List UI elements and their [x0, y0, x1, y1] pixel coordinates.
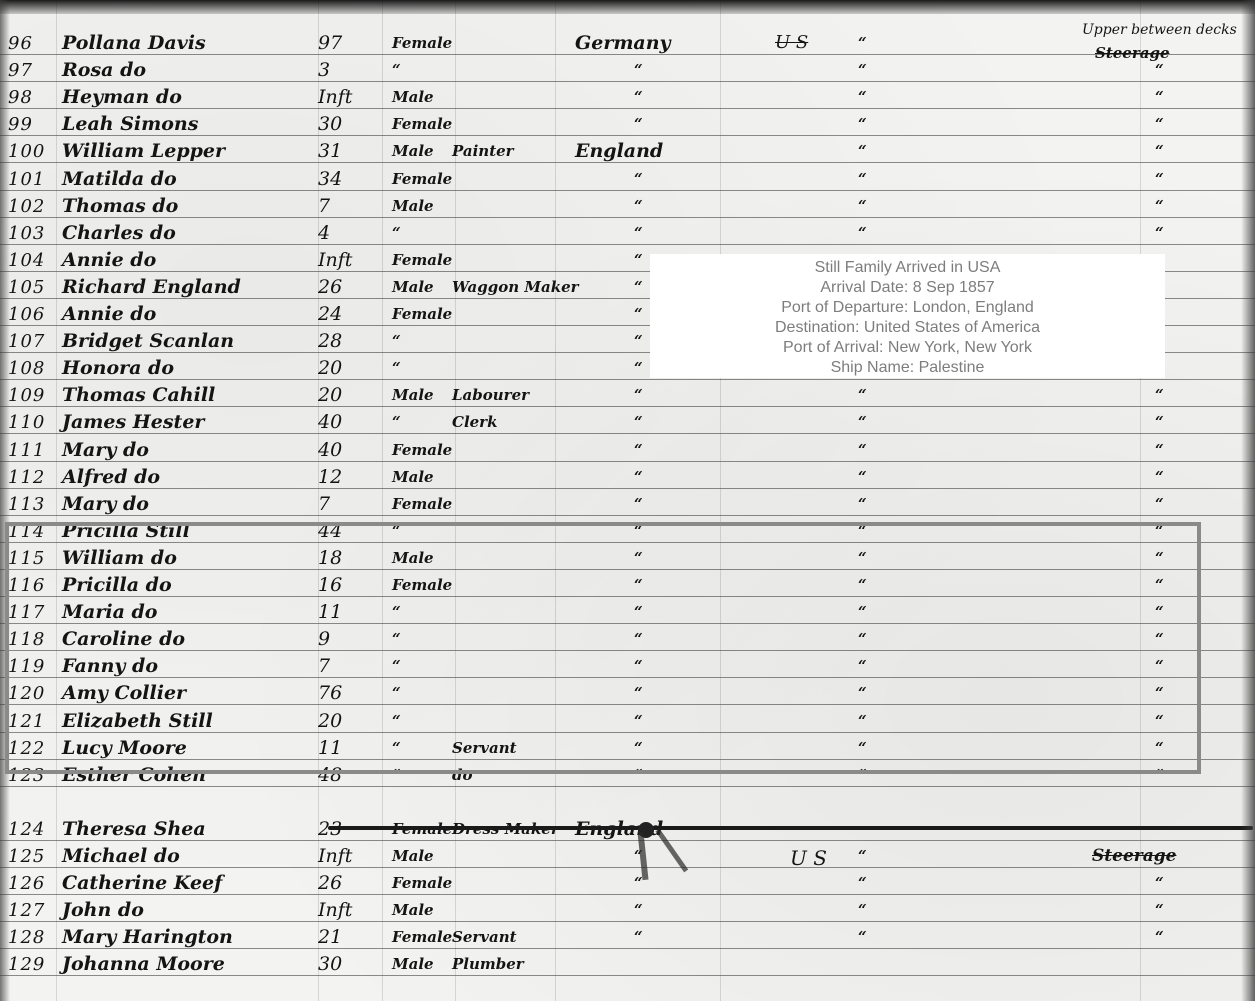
passenger-sex: Female: [392, 924, 452, 951]
row-number: 112: [8, 464, 45, 491]
passenger-age: 34: [318, 166, 342, 193]
passenger-name: Bridget Scanlan: [62, 328, 234, 355]
ditto-mark: “: [1155, 166, 1164, 193]
passenger-name: Annie do: [62, 247, 156, 274]
row-number: 97: [8, 57, 33, 84]
ditto-mark: “: [634, 464, 643, 491]
passenger-country: Germany: [575, 30, 671, 57]
ditto-mark: “: [634, 166, 643, 193]
ditto-mark: “: [634, 247, 643, 274]
passenger-age: 3: [318, 57, 330, 84]
ditto-mark: “: [634, 220, 643, 247]
ditto-mark: “: [634, 924, 643, 951]
passenger-age: 97: [318, 30, 342, 57]
ditto-mark: “: [1155, 870, 1164, 897]
passenger-name: Annie do: [62, 301, 156, 328]
caption-departure-port: Port of Departure: London, England: [650, 298, 1165, 318]
ditto-mark: “: [634, 409, 643, 436]
row-number: 124: [8, 816, 45, 843]
ditto-mark: “: [858, 166, 867, 193]
passenger-occupation: Waggon Maker: [452, 274, 579, 301]
passenger-name: Alfred do: [62, 464, 160, 491]
passenger-age: 40: [318, 409, 342, 436]
ditto-mark: “: [634, 84, 643, 111]
passenger-sex: Female: [392, 166, 452, 193]
row-number: 111: [8, 437, 45, 464]
row-number: 105: [8, 274, 45, 301]
ditto-mark: “: [634, 301, 643, 328]
passenger-occupation: Servant: [452, 924, 517, 951]
passenger-age: 24: [318, 301, 342, 328]
passenger-name: Mary Harington: [62, 924, 233, 951]
row-number: 107: [8, 328, 45, 355]
passenger-sex: “: [392, 220, 401, 247]
passenger-sex: Male: [392, 897, 434, 924]
passenger-name: Charles do: [62, 220, 176, 247]
ditto-mark: “: [634, 111, 643, 138]
ditto-mark: “: [634, 57, 643, 84]
passenger-name: Thomas Cahill: [62, 382, 215, 409]
manifest-row: 97Rosa do3““““: [0, 57, 1255, 84]
passenger-age: Inft: [318, 84, 352, 111]
passenger-sex: Male: [392, 138, 434, 165]
row-number: 110: [8, 409, 45, 436]
passenger-age: Inft: [318, 897, 352, 924]
row-number: 126: [8, 870, 45, 897]
passenger-age: 20: [318, 382, 342, 409]
ditto-mark: “: [858, 464, 867, 491]
ditto-mark: “: [1155, 220, 1164, 247]
passenger-occupation: Clerk: [452, 409, 497, 436]
page-edge-shadow: [1241, 0, 1255, 1001]
passenger-name: Catherine Keef: [62, 870, 222, 897]
ditto-mark: “: [1155, 193, 1164, 220]
passenger-sex: Female: [392, 111, 452, 138]
passenger-name: Pollana Davis: [62, 30, 206, 57]
passenger-age: 28: [318, 328, 342, 355]
row-number: 101: [8, 166, 45, 193]
passenger-name: Mary do: [62, 491, 149, 518]
manifest-row: 128Mary Harington21FemaleServant“““: [0, 924, 1255, 951]
ditto-mark: “: [858, 193, 867, 220]
passenger-sex: Female: [392, 301, 452, 328]
passenger-age: 26: [318, 870, 342, 897]
row-number: 98: [8, 84, 33, 111]
arrival-info-caption: Still Family Arrived in USA Arrival Date…: [650, 254, 1165, 378]
caption-arrival-port: Port of Arrival: New York, New York: [650, 338, 1165, 358]
page-edge-shadow: [0, 0, 1255, 14]
row-number: 108: [8, 355, 45, 382]
passenger-age: Inft: [318, 247, 352, 274]
manifest-row: 98Heyman doInftMale“““: [0, 84, 1255, 111]
manifest-row: 100William Lepper31MalePainterEngland““: [0, 138, 1255, 165]
manifest-row: 109Thomas Cahill20MaleLabourer“““: [0, 382, 1255, 409]
section-divider-stroke: [328, 826, 1253, 830]
passenger-age: Inft: [318, 843, 352, 870]
passenger-age: 7: [318, 193, 330, 220]
passenger-age: 30: [318, 951, 342, 978]
caption-title: Still Family Arrived in USA: [650, 258, 1165, 278]
manifest-row: 102Thomas do7Male“““: [0, 193, 1255, 220]
ditto-mark: “: [858, 84, 867, 111]
passenger-name: Thomas do: [62, 193, 178, 220]
caption-arrival-date: Arrival Date: 8 Sep 1857: [650, 278, 1165, 298]
ditto-mark: “: [1155, 138, 1164, 165]
passenger-sex: “: [392, 328, 401, 355]
manifest-row: 126Catherine Keef26Female“““: [0, 870, 1255, 897]
passenger-age: 20: [318, 355, 342, 382]
ditto-mark: “: [858, 870, 867, 897]
ditto-mark: “: [1155, 111, 1164, 138]
ditto-mark: “: [858, 897, 867, 924]
passenger-name: Mary do: [62, 437, 149, 464]
passenger-age: 40: [318, 437, 342, 464]
ditto-mark: “: [634, 491, 643, 518]
row-number: 99: [8, 111, 33, 138]
passenger-name: Rosa do: [62, 57, 146, 84]
passenger-name: James Hester: [62, 409, 204, 436]
passenger-name: Michael do: [62, 843, 180, 870]
ditto-mark: “: [1155, 409, 1164, 436]
passenger-occupation: Plumber: [452, 951, 524, 978]
passenger-age: 26: [318, 274, 342, 301]
still-family-highlight-frame: [5, 522, 1201, 774]
passenger-name: William Lepper: [62, 138, 225, 165]
passenger-age: 7: [318, 491, 330, 518]
ditto-mark: “: [858, 57, 867, 84]
manifest-row: 125Michael doInftMale““: [0, 843, 1255, 870]
passenger-sex: Male: [392, 193, 434, 220]
ditto-mark: “: [858, 30, 867, 57]
ditto-mark: “: [858, 843, 867, 870]
manifest-row: 96Pollana Davis97FemaleGermany“: [0, 30, 1255, 57]
ditto-mark: “: [634, 193, 643, 220]
ditto-mark: “: [858, 111, 867, 138]
passenger-sex: Female: [392, 30, 452, 57]
passenger-age: 21: [318, 924, 342, 951]
passenger-name: Theresa Shea: [62, 816, 206, 843]
ditto-mark: “: [1155, 464, 1164, 491]
passenger-name: Leah Simons: [62, 111, 198, 138]
passenger-sex: “: [392, 355, 401, 382]
passenger-name: Heyman do: [62, 84, 182, 111]
ditto-mark: “: [634, 355, 643, 382]
passenger-sex: Male: [392, 843, 434, 870]
row-number: 129: [8, 951, 45, 978]
ditto-mark: “: [858, 409, 867, 436]
row-number: 100: [8, 138, 45, 165]
ditto-mark: “: [1155, 84, 1164, 111]
passenger-name: Matilda do: [62, 166, 177, 193]
page-edge-shadow: [0, 0, 10, 1001]
ditto-mark: “: [1155, 924, 1164, 951]
passenger-age: 30: [318, 111, 342, 138]
ditto-mark: “: [634, 328, 643, 355]
row-number: 127: [8, 897, 45, 924]
passenger-occupation: Painter: [452, 138, 514, 165]
passenger-age: 31: [318, 138, 342, 165]
passenger-sex: Female: [392, 491, 452, 518]
caption-ship-name: Ship Name: Palestine: [650, 358, 1165, 378]
row-number: 96: [8, 30, 33, 57]
ditto-mark: “: [858, 437, 867, 464]
manifest-row: 101Matilda do34Female“““: [0, 166, 1255, 193]
row-number: 113: [8, 491, 45, 518]
passenger-occupation: Labourer: [452, 382, 529, 409]
manifest-row: 99Leah Simons30Female“““: [0, 111, 1255, 138]
ditto-mark: “: [634, 897, 643, 924]
row-number: 104: [8, 247, 45, 274]
ditto-mark: “: [858, 220, 867, 247]
row-number: 103: [8, 220, 45, 247]
manifest-row: 112Alfred do12Male“““: [0, 464, 1255, 491]
passenger-age: 4: [318, 220, 330, 247]
ditto-mark: “: [858, 924, 867, 951]
ditto-mark: “: [1155, 57, 1164, 84]
passenger-name: John do: [62, 897, 144, 924]
row-number: 125: [8, 843, 45, 870]
passenger-name: Johanna Moore: [62, 951, 225, 978]
passenger-age: 12: [318, 464, 342, 491]
ditto-mark: “: [634, 437, 643, 464]
passenger-sex: Female: [392, 437, 452, 464]
manifest-row: 111Mary do40Female“““: [0, 437, 1255, 464]
passenger-manifest-page: U S Upper between decks Steerage U S Ste…: [0, 0, 1255, 1001]
passenger-sex: Male: [392, 951, 434, 978]
row-number: 128: [8, 924, 45, 951]
row-number: 109: [8, 382, 45, 409]
passenger-sex: Male: [392, 382, 434, 409]
ditto-mark: “: [858, 491, 867, 518]
passenger-sex: “: [392, 57, 401, 84]
passenger-sex: Male: [392, 84, 434, 111]
passenger-sex: Female: [392, 247, 452, 274]
ditto-mark: “: [1155, 437, 1164, 464]
passenger-sex: Male: [392, 464, 434, 491]
manifest-row: 103Charles do4““““: [0, 220, 1255, 247]
passenger-country: England: [575, 138, 663, 165]
manifest-row: 110James Hester40“Clerk“““: [0, 409, 1255, 436]
passenger-sex: Female: [392, 870, 452, 897]
ditto-mark: “: [1155, 382, 1164, 409]
ditto-mark: “: [634, 274, 643, 301]
ditto-mark: “: [634, 382, 643, 409]
row-number: 102: [8, 193, 45, 220]
passenger-name: Honora do: [62, 355, 174, 382]
ditto-mark: “: [1155, 897, 1164, 924]
manifest-row: 113Mary do7Female“““: [0, 491, 1255, 518]
row-number: 106: [8, 301, 45, 328]
manifest-row: 127John doInftMale“““: [0, 897, 1255, 924]
caption-destination: Destination: United States of America: [650, 318, 1165, 338]
ditto-mark: “: [858, 138, 867, 165]
passenger-name: Richard England: [62, 274, 241, 301]
passenger-sex: Male: [392, 274, 434, 301]
manifest-row: 129Johanna Moore30MalePlumber: [0, 951, 1255, 978]
ditto-mark: “: [1155, 491, 1164, 518]
ditto-mark: “: [858, 382, 867, 409]
passenger-sex: “: [392, 409, 401, 436]
